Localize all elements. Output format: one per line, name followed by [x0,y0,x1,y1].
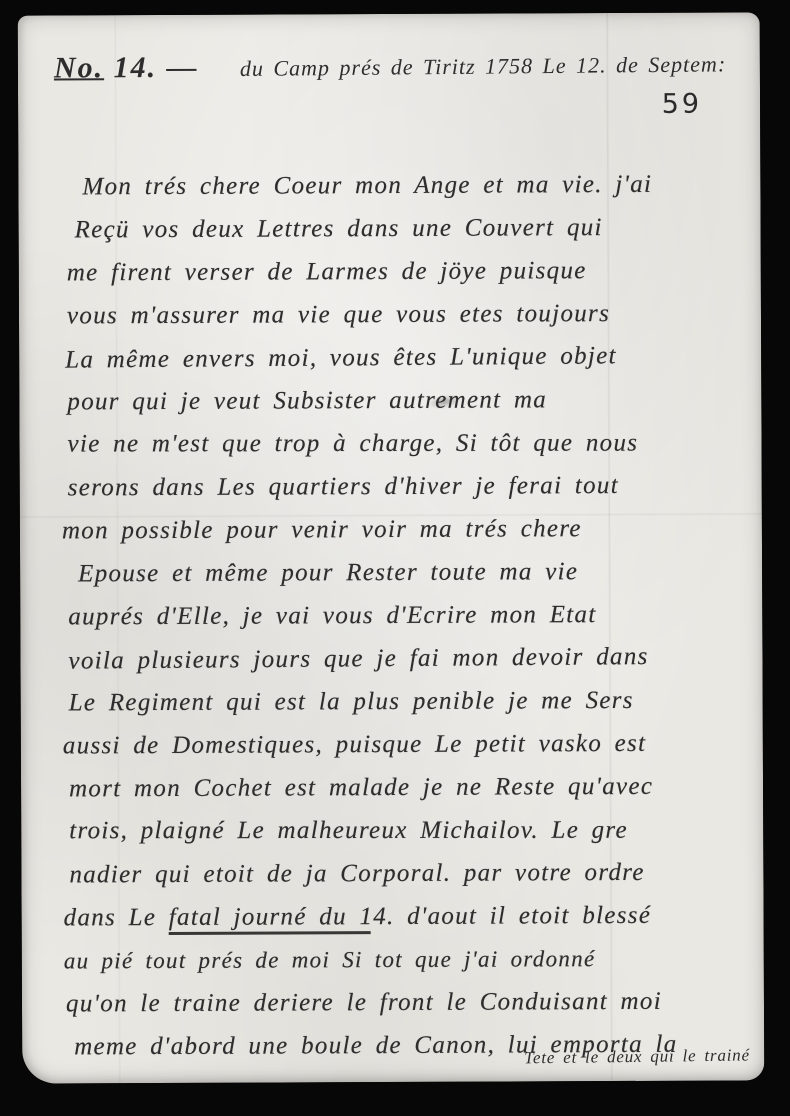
manuscript-line: dans Le fatal journé du 14. d'aout il et… [64,893,758,939]
letter-number: No. 14. — [54,51,199,86]
manuscript-line: vous m'assurer ma vie que vous etes touj… [61,291,755,337]
manuscript-line: nadier qui etoit de ja Corporal. par vot… [63,850,757,896]
manuscript-line: mort mon Cochet est malade je ne Reste q… [63,764,757,810]
dateline: du Camp prés de Tiritz 1758 Le 12. de Se… [240,51,750,82]
line-text: dans Le [64,904,169,931]
manuscript-line: au pié tout prés de moi Si tot que j'ai … [64,936,758,982]
letter-number-value: 14. — [114,51,199,84]
manuscript-line: serons dans Les quartiers d'hiver je fer… [62,463,756,509]
manuscript-line: vie ne m'est que trop à charge, Si tôt q… [62,421,756,465]
marginal-note: Tete et le deux qui le trainé [524,1045,750,1068]
manuscript-line: Le Regiment qui est la plus penible je m… [63,678,757,724]
manuscript-line: pour qui je veut Subsister autrement ma [61,377,755,423]
manuscript-line: auprés d'Elle, je vai vous d'Ecrire mon … [62,592,756,638]
manuscript-line: Epouse et même pour Rester toute ma vie [62,549,756,595]
manuscript-line: trois, plaigné Le malheureux Michailov. … [63,809,757,853]
page-number-stamp: 59 [662,89,702,120]
manuscript-line: me firent verser de Larmes de jöye puisq… [61,248,755,294]
letter-number-label: No. [54,51,104,84]
manuscript-line: Reçü vos deux Lettres dans une Couvert q… [61,205,755,251]
letter-body: Mon trés chere Coeur mon Ange et ma vie.… [60,162,758,1068]
line-text: du 14. d'aout il etoit blessé [307,902,652,931]
letter-header: No. 14. — du Camp prés de Tiritz 1758 Le… [18,42,760,105]
photo-background: No. 14. — du Camp prés de Tiritz 1758 Le… [0,0,790,1116]
manuscript-line: aussi de Domestiques, puisque Le petit v… [63,721,757,767]
manuscript-line: mon possible pour venir voir ma trés che… [62,506,756,552]
manuscript-line: qu'on le traine deriere le front le Cond… [64,979,758,1025]
manuscript-line: voila plusieurs jours que je fai mon dev… [62,634,756,682]
manuscript-line: Mon trés chere Coeur mon Ange et ma vie.… [60,162,754,208]
manuscript-line: La même envers moi, vous êtes L'unique o… [61,333,755,381]
manuscript-page: No. 14. — du Camp prés de Tiritz 1758 Le… [18,12,765,1083]
